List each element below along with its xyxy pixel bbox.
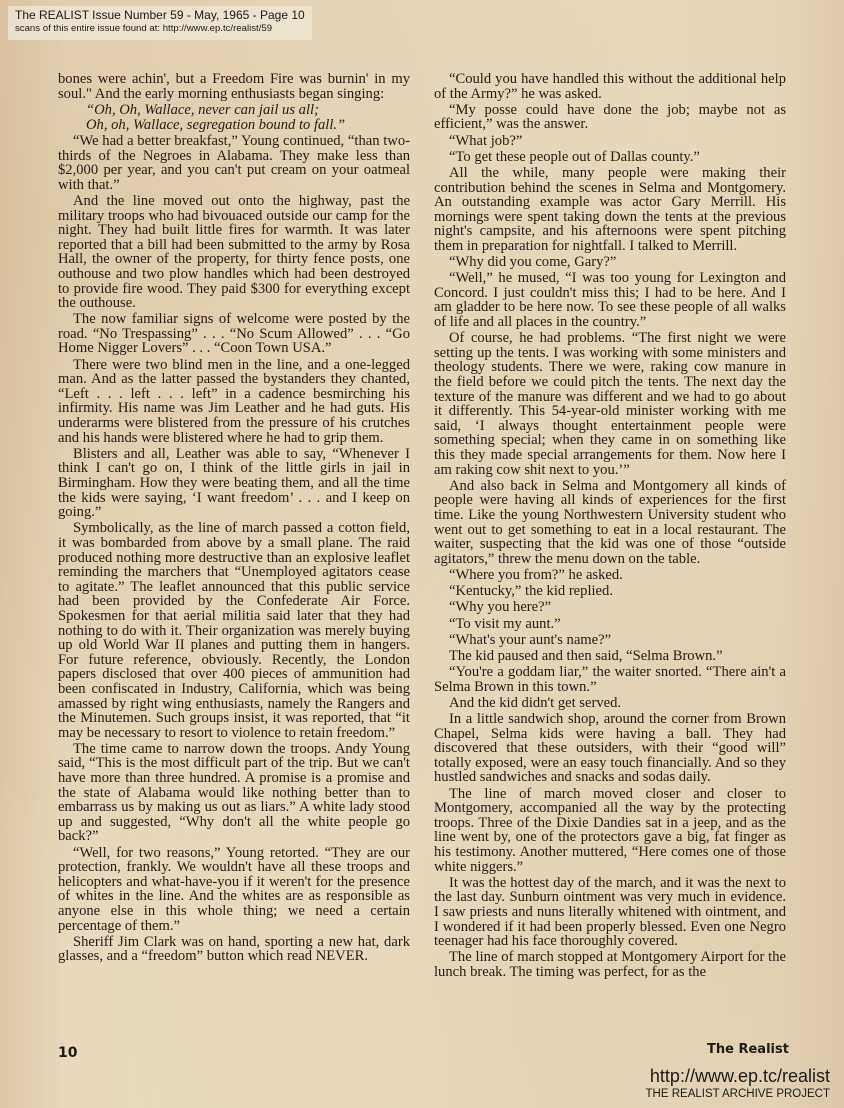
paragraph: And also back in Selma and Montgomery al…: [434, 479, 786, 567]
paragraph: “We had a better breakfast,” Young conti…: [58, 134, 410, 192]
archive-project-name: THE REALIST ARCHIVE PROJECT: [646, 1088, 830, 1100]
paragraph: In a little sandwich shop, around the co…: [434, 712, 786, 785]
paragraph: “My posse could have done the job; maybe…: [434, 103, 786, 132]
masthead: The Realist: [707, 1042, 789, 1057]
paragraph: “To get these people out of Dallas count…: [434, 150, 786, 165]
paragraph: “Why you here?”: [434, 600, 786, 615]
paragraph: “What job?”: [434, 134, 786, 149]
song-verse-line: “Oh, Oh, Wallace, never can jail us all;: [58, 103, 410, 118]
paragraph: It was the hottest day of the march, and…: [434, 876, 786, 949]
archive-url-link[interactable]: http://www.ep.tc/realist: [650, 1066, 830, 1087]
left-column: bones were achin', but a Freedom Fire wa…: [58, 72, 410, 966]
song-verse-line: Oh, oh, Wallace, segregation bound to fa…: [58, 118, 410, 133]
paragraph: Sheriff Jim Clark was on hand, sporting …: [58, 935, 410, 964]
right-column: “Could you have handled this without the…: [434, 72, 786, 981]
paragraph: The time came to narrow down the troops.…: [58, 742, 410, 844]
paragraph: The line of march stopped at Montgomery …: [434, 950, 786, 979]
paragraph: “What's your aunt's name?”: [434, 633, 786, 648]
paragraph: bones were achin', but a Freedom Fire wa…: [58, 72, 410, 101]
paragraph: “Where you from?” he asked.: [434, 568, 786, 583]
paragraph: The line of march moved closer and close…: [434, 787, 786, 875]
paragraph: And the line moved out onto the highway,…: [58, 194, 410, 311]
paragraph: Blisters and all, Leather was able to sa…: [58, 447, 410, 520]
paragraph: “You're a goddam liar,” the waiter snort…: [434, 665, 786, 694]
paragraph: The kid paused and then said, “Selma Bro…: [434, 649, 786, 664]
paragraph: “Why did you come, Gary?”: [434, 255, 786, 270]
banner-subtitle: scans of this entire issue found at: htt…: [15, 23, 312, 35]
paragraph: Symbolically, as the line of march passe…: [58, 521, 410, 740]
paragraph: “Kentucky,” the kid replied.: [434, 584, 786, 599]
paragraph: “Could you have handled this without the…: [434, 72, 786, 101]
paragraph: There were two blind men in the line, an…: [58, 358, 410, 446]
paragraph: All the while, many people were making t…: [434, 166, 786, 254]
paragraph: And the kid didn't get served.: [434, 696, 786, 711]
page-number: 10: [58, 1045, 77, 1061]
paragraph: “To visit my aunt.”: [434, 617, 786, 632]
paragraph: Of course, he had problems. “The first n…: [434, 331, 786, 477]
paragraph: “Well,” he mused, “I was too young for L…: [434, 271, 786, 329]
scan-banner: The REALIST Issue Number 59 - May, 1965 …: [8, 6, 312, 40]
banner-title: The REALIST Issue Number 59 - May, 1965 …: [15, 8, 312, 23]
paragraph: “Well, for two reasons,” Young retorted.…: [58, 846, 410, 934]
paragraph: The now familiar signs of welcome were p…: [58, 312, 410, 356]
